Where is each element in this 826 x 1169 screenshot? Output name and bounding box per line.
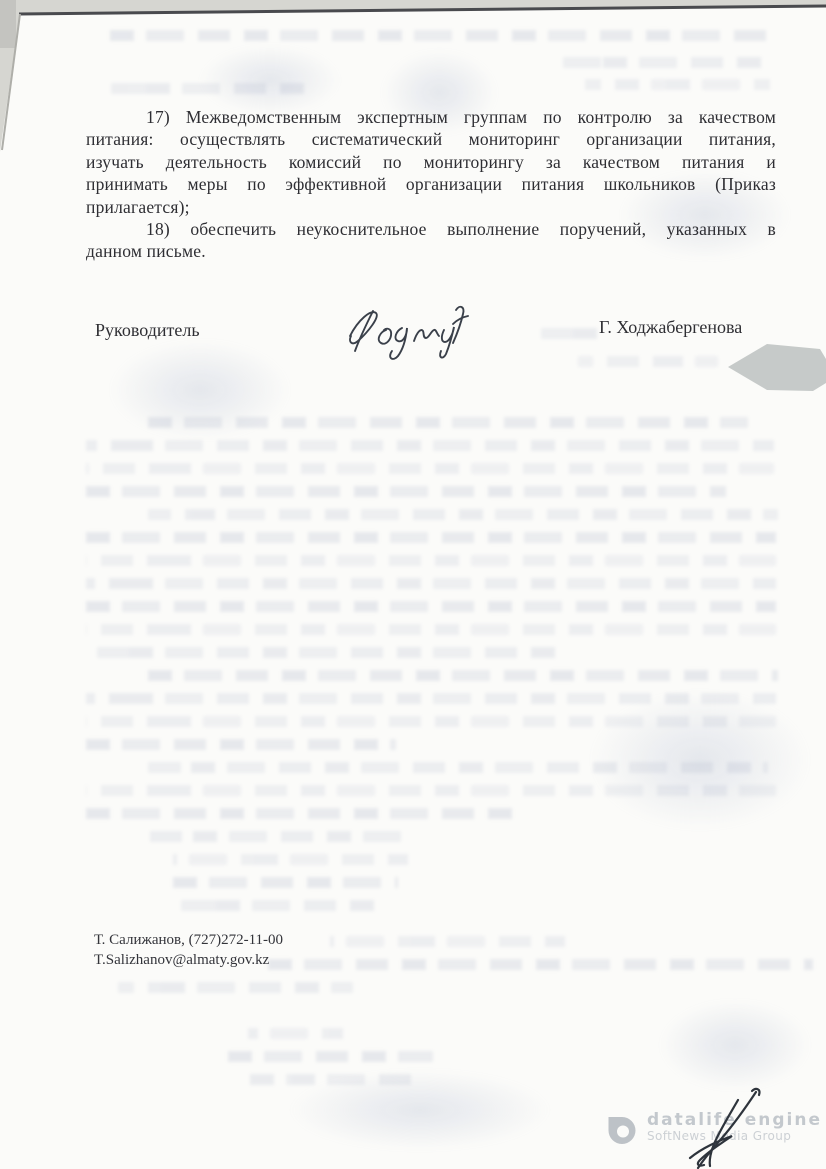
bleedthrough-line bbox=[86, 785, 776, 796]
bleedthrough-line bbox=[148, 670, 778, 681]
bleedthrough-line bbox=[173, 854, 408, 865]
bleedthrough-line bbox=[86, 463, 774, 474]
bleedthrough-line bbox=[228, 1051, 433, 1062]
bleedthrough-line bbox=[268, 959, 813, 970]
contact-email: T.Salizhanov@almaty.gov.kz bbox=[94, 951, 283, 971]
scan-corner-shadow bbox=[0, 0, 16, 48]
bleedthrough-line bbox=[173, 900, 378, 911]
bleedthrough-line bbox=[560, 57, 770, 68]
arrow-artifact bbox=[728, 342, 826, 392]
bleedthrough-line bbox=[585, 79, 770, 90]
datalife-logo-icon bbox=[605, 1112, 639, 1148]
bleedthrough-line bbox=[578, 356, 718, 367]
bleedthrough-line bbox=[86, 647, 556, 658]
contact-block: Т. Салижанов, (727)272-11-00 T.Salizhano… bbox=[94, 931, 283, 970]
bleedthrough-line bbox=[150, 831, 415, 842]
bleedthrough-line bbox=[86, 578, 776, 589]
bleedthrough-line bbox=[86, 601, 776, 612]
bleedthrough-line bbox=[110, 30, 780, 41]
paragraph-17-line: питания: осуществлять систематический мо… bbox=[86, 128, 776, 150]
paragraph-17-line: принимать меры по эффективной организаци… bbox=[86, 173, 776, 195]
paragraph-17-line: изучать деятельность комиссий по монитор… bbox=[86, 151, 776, 173]
paragraph-17-line: 17) Межведомственным экспертным группам … bbox=[86, 106, 776, 128]
bleedthrough-line bbox=[86, 739, 396, 750]
bleedthrough-line bbox=[86, 440, 774, 451]
bleedthrough-line bbox=[86, 693, 776, 704]
paragraph-18-line: данном письме. bbox=[86, 240, 776, 262]
bleedthrough-line bbox=[148, 509, 778, 520]
signer-name: Г. Ходжабергенова bbox=[599, 317, 742, 338]
bleedthrough-line bbox=[148, 762, 768, 773]
scanned-page: 17) Межведомственным экспертным группам … bbox=[0, 0, 826, 1169]
bleedthrough-line bbox=[530, 328, 598, 339]
bleedthrough-line bbox=[86, 624, 776, 635]
bleedthrough-line bbox=[248, 1028, 343, 1039]
scan-blotch bbox=[200, 45, 340, 115]
bleedthrough-line bbox=[86, 532, 776, 543]
bleedthrough-line bbox=[248, 1074, 423, 1085]
bleedthrough-line bbox=[103, 83, 308, 94]
scan-blotch bbox=[660, 1000, 810, 1090]
bleedthrough-line bbox=[86, 486, 726, 497]
bleedthrough-line bbox=[330, 936, 565, 947]
bleedthrough-line bbox=[86, 555, 776, 566]
bleedthrough-line bbox=[86, 716, 776, 727]
paragraph-17-line: прилагается); bbox=[86, 196, 776, 218]
paragraph-18-line: 18) обеспечить неукоснительное выполнени… bbox=[86, 218, 776, 240]
paper-sheet: 17) Межведомственным экспертным группам … bbox=[0, 0, 826, 1169]
scan-blotch bbox=[590, 690, 810, 830]
contact-name-phone: Т. Салижанов, (727)272-11-00 bbox=[94, 931, 283, 951]
bleedthrough-line bbox=[118, 982, 353, 993]
letter-body: 17) Межведомственным экспертным группам … bbox=[86, 106, 776, 263]
pen-scribble bbox=[668, 1086, 778, 1169]
bleedthrough-line bbox=[148, 417, 748, 428]
handwritten-signature bbox=[338, 296, 470, 366]
bleedthrough-line bbox=[173, 877, 398, 888]
signer-role-label: Руководитель bbox=[95, 320, 200, 341]
bleedthrough-line bbox=[86, 808, 516, 819]
